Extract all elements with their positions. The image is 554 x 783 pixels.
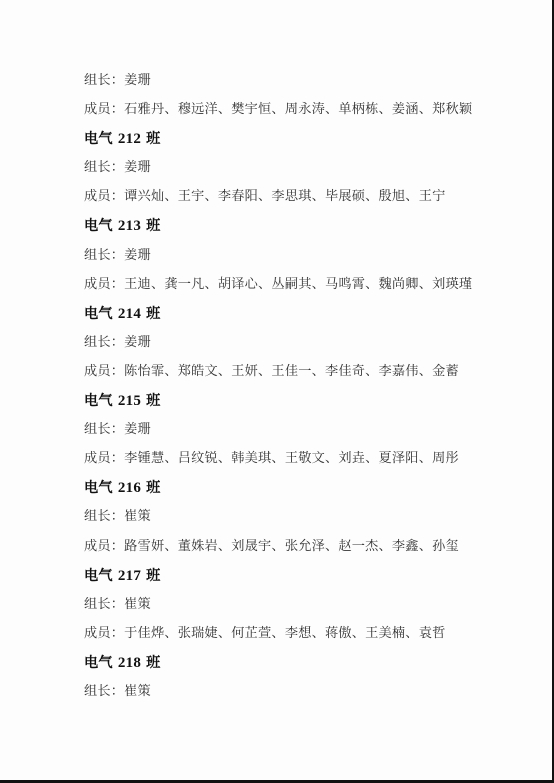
members-list: 谭兴灿、王宇、李春阳、李思琪、毕展硕、殷旭、王宁: [124, 189, 445, 204]
heading-prefix: 电气: [84, 393, 118, 409]
heading-suffix: 班: [141, 218, 161, 234]
members-label: 成员：: [84, 277, 124, 292]
leader-label: 组长：: [84, 335, 124, 350]
heading-suffix: 班: [141, 480, 161, 496]
class-heading: 电气 213 班: [84, 216, 524, 245]
heading-prefix: 电气: [84, 131, 118, 147]
heading-suffix: 班: [141, 568, 161, 584]
members-label: 成员：: [84, 539, 124, 554]
members-list: 石雅丹、穆远洋、樊宇恒、周永涛、单柄栋、姜涵、郑秋颖: [124, 102, 472, 117]
members-line: 成员：路雪妍、董姝岩、刘晟宇、张允泽、赵一杰、李鑫、孙玺: [84, 537, 524, 566]
class-number: 218: [118, 655, 141, 671]
members-label: 成员：: [84, 626, 124, 641]
members-list: 王迪、龚一凡、胡译心、丛嗣其、马鸣霄、魏尚卿、刘瑛瑾: [124, 277, 472, 292]
leader-label: 组长：: [84, 73, 124, 88]
class-number: 215: [118, 393, 141, 409]
heading-suffix: 班: [141, 306, 161, 322]
document-content: 组长：姜珊 成员：石雅丹、穆远洋、樊宇恒、周永涛、单柄栋、姜涵、郑秋颖 电气 2…: [84, 71, 524, 711]
members-line: 成员：王迪、龚一凡、胡译心、丛嗣其、马鸣霄、魏尚卿、刘瑛瑾: [84, 275, 524, 304]
class-heading: 电气 214 班: [84, 304, 524, 333]
heading-prefix: 电气: [84, 655, 118, 671]
heading-suffix: 班: [141, 655, 161, 671]
leader-label: 组长：: [84, 160, 124, 175]
document-page: 组长：姜珊 成员：石雅丹、穆远洋、樊宇恒、周永涛、单柄栋、姜涵、郑秋颖 电气 2…: [0, 0, 554, 783]
leader-line: 组长：崔策: [84, 595, 524, 624]
leader-name: 姜珊: [124, 160, 151, 175]
heading-suffix: 班: [141, 393, 161, 409]
heading-prefix: 电气: [84, 306, 118, 322]
leader-name: 姜珊: [124, 73, 151, 88]
class-heading: 电气 216 班: [84, 478, 524, 507]
members-label: 成员：: [84, 189, 124, 204]
members-label: 成员：: [84, 102, 124, 117]
class-heading: 电气 218 班: [84, 653, 524, 682]
leader-name: 崔策: [124, 597, 151, 612]
leader-label: 组长：: [84, 422, 124, 437]
leader-line: 组长：崔策: [84, 507, 524, 536]
members-line: 成员：陈怡霏、郑皓文、王妍、王佳一、李佳奇、李嘉伟、金蓄: [84, 362, 524, 391]
leader-line: 组长：崔策: [84, 682, 524, 711]
class-number: 212: [118, 131, 141, 147]
leader-name: 姜珊: [124, 335, 151, 350]
leader-line: 组长：姜珊: [84, 71, 524, 100]
leader-name: 崔策: [124, 509, 151, 524]
class-number: 214: [118, 306, 141, 322]
leader-name: 崔策: [124, 684, 151, 699]
leader-name: 姜珊: [124, 248, 151, 263]
leader-line: 组长：姜珊: [84, 420, 524, 449]
heading-prefix: 电气: [84, 568, 118, 584]
members-label: 成员：: [84, 364, 124, 379]
members-line: 成员：谭兴灿、王宇、李春阳、李思琪、毕展硕、殷旭、王宁: [84, 187, 524, 216]
leader-line: 组长：姜珊: [84, 246, 524, 275]
class-number: 213: [118, 218, 141, 234]
heading-prefix: 电气: [84, 218, 118, 234]
members-line: 成员：石雅丹、穆远洋、樊宇恒、周永涛、单柄栋、姜涵、郑秋颖: [84, 100, 524, 129]
leader-label: 组长：: [84, 684, 124, 699]
members-list: 陈怡霏、郑皓文、王妍、王佳一、李佳奇、李嘉伟、金蓄: [124, 364, 459, 379]
members-line: 成员：于佳烨、张瑞婕、何芷萱、李想、蒋傲、王美楠、袁哲: [84, 624, 524, 653]
leader-label: 组长：: [84, 248, 124, 263]
class-number: 217: [118, 568, 141, 584]
members-list: 李锺慧、吕纹锐、韩美琪、王敬文、刘垚、夏泽阳、周彤: [124, 451, 459, 466]
class-heading: 电气 217 班: [84, 566, 524, 595]
leader-label: 组长：: [84, 597, 124, 612]
leader-line: 组长：姜珊: [84, 333, 524, 362]
members-label: 成员：: [84, 451, 124, 466]
leader-label: 组长：: [84, 509, 124, 524]
members-list: 路雪妍、董姝岩、刘晟宇、张允泽、赵一杰、李鑫、孙玺: [124, 539, 459, 554]
class-heading: 电气 215 班: [84, 391, 524, 420]
class-number: 216: [118, 480, 141, 496]
heading-prefix: 电气: [84, 480, 118, 496]
class-heading: 电气 212 班: [84, 129, 524, 158]
members-list: 于佳烨、张瑞婕、何芷萱、李想、蒋傲、王美楠、袁哲: [124, 626, 445, 641]
leader-name: 姜珊: [124, 422, 151, 437]
members-line: 成员：李锺慧、吕纹锐、韩美琪、王敬文、刘垚、夏泽阳、周彤: [84, 449, 524, 478]
leader-line: 组长：姜珊: [84, 158, 524, 187]
heading-suffix: 班: [141, 131, 161, 147]
